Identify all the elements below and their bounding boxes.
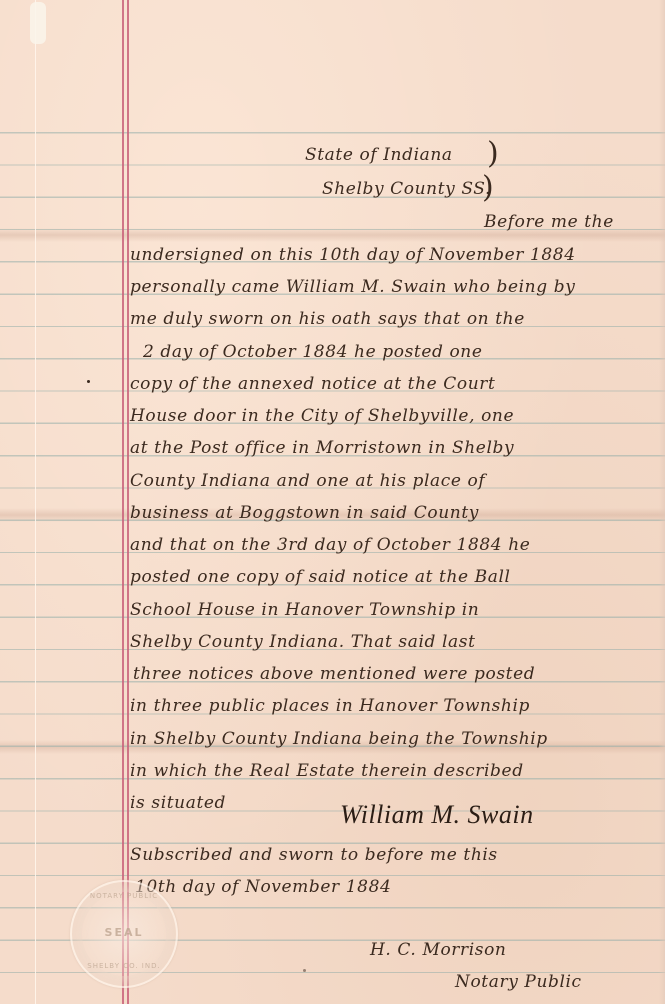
notary-seal: NOTARY PUBLIC SEAL SHELBY CO. IND.	[70, 880, 178, 988]
body-line: School House in Hanover Township in	[130, 600, 479, 620]
heading-brace: )	[482, 170, 494, 205]
body-line: and that on the 3rd day of October 1884 …	[130, 535, 530, 555]
body-line: Shelby County Indiana. That said last	[130, 632, 476, 652]
body-line: undersigned on this 10th day of November…	[130, 245, 576, 265]
red-margin-line	[127, 0, 129, 1004]
body-line: County Indiana and one at his place of	[130, 471, 485, 491]
paper-tear	[30, 2, 46, 44]
body-line: personally came William M. Swain who bei…	[130, 277, 575, 297]
seal-bottom-text: SHELBY CO. IND.	[72, 962, 176, 970]
body-line: in three public places in Hanover Townsh…	[130, 696, 530, 716]
body-line: me duly sworn on his oath says that on t…	[130, 309, 525, 329]
left-guide-line	[35, 0, 36, 1004]
heading-state: State of Indiana	[305, 145, 453, 165]
ink-dot	[303, 969, 306, 972]
jurat-line: Subscribed and sworn to before me this	[130, 845, 498, 865]
red-margin-line	[122, 0, 124, 1004]
body-line: at the Post office in Morristown in Shel…	[130, 438, 514, 458]
body-line: in which the Real Estate therein describ…	[130, 761, 524, 781]
heading-brace: )	[487, 136, 499, 171]
seal-center-text: SEAL	[72, 926, 176, 939]
ink-dot	[87, 380, 90, 383]
body-line: is situated	[130, 793, 226, 813]
body-line: posted one copy of said notice at the Ba…	[130, 567, 511, 587]
heading-county: Shelby County SS.	[322, 179, 491, 199]
body-line: copy of the annexed notice at the Court	[130, 374, 495, 394]
notary-name: H. C. Morrison	[370, 940, 506, 960]
seal-ring-text: NOTARY PUBLIC	[72, 892, 176, 900]
body-line: in Shelby County Indiana being the Towns…	[130, 729, 548, 749]
body-line: 2 day of October 1884 he posted one	[143, 342, 483, 362]
affiant-signature: William M. Swain	[340, 800, 534, 830]
body-line: House door in the City of Shelbyville, o…	[130, 406, 514, 426]
body-line: Before me the	[484, 212, 614, 232]
paper-edge	[659, 0, 665, 1004]
document-page: State of Indiana Shelby County SS. ) ) B…	[0, 0, 665, 1004]
body-line: three notices above mentioned were poste…	[133, 664, 535, 684]
body-line: business at Boggstown in said County	[130, 503, 479, 523]
notary-title: Notary Public	[455, 972, 582, 992]
